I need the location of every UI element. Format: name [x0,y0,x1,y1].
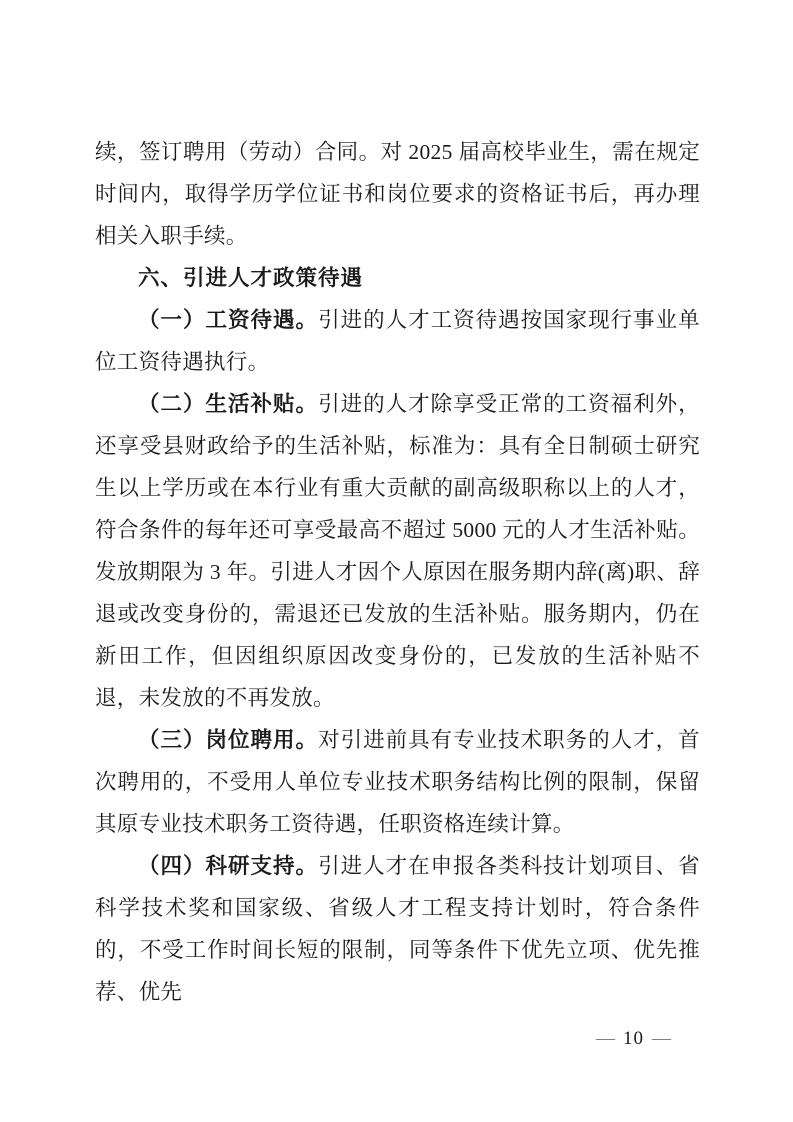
footer-dash-left: — [596,1028,615,1049]
paragraph-research-support-lead: （四）科研支持。 [138,854,318,878]
section-heading: 六、引进人才政策待遇 [95,257,700,299]
document-page: 续，签订聘用（劳动）合同。对 2025 届高校毕业生，需在规定时间内，取得学历学… [0,0,793,1122]
paragraph-living-subsidy-body: 引进的人才除享受正常的工资福利外，还享受县财政给予的生活补贴，标准为：具有全日制… [95,392,700,710]
page-number: 10 [623,1028,644,1049]
paragraph-continuation: 续，签订聘用（劳动）合同。对 2025 届高校毕业生，需在规定时间内，取得学历学… [95,131,700,257]
footer-dash-right: — [652,1028,671,1049]
paragraph-salary: （一）工资待遇。引进的人才工资待遇按国家现行事业单位工资待遇执行。 [95,299,700,383]
paragraph-living-subsidy-lead: （二）生活补贴。 [138,392,318,416]
page-footer: —10— [596,1026,671,1052]
paragraph-post-employment: （三）岗位聘用。对引进前具有专业技术职务的人才，首次聘用的，不受用人单位专业技术… [95,719,700,845]
paragraph-research-support: （四）科研支持。引进人才在申报各类科技计划项目、省科学技术奖和国家级、省级人才工… [95,845,700,1013]
document-body: 续，签订聘用（劳动）合同。对 2025 届高校毕业生，需在规定时间内，取得学历学… [95,131,700,1013]
paragraph-salary-lead: （一）工资待遇。 [138,308,318,332]
paragraph-living-subsidy: （二）生活补贴。引进的人才除享受正常的工资福利外，还享受县财政给予的生活补贴，标… [95,383,700,719]
paragraph-post-employment-lead: （三）岗位聘用。 [138,728,318,752]
